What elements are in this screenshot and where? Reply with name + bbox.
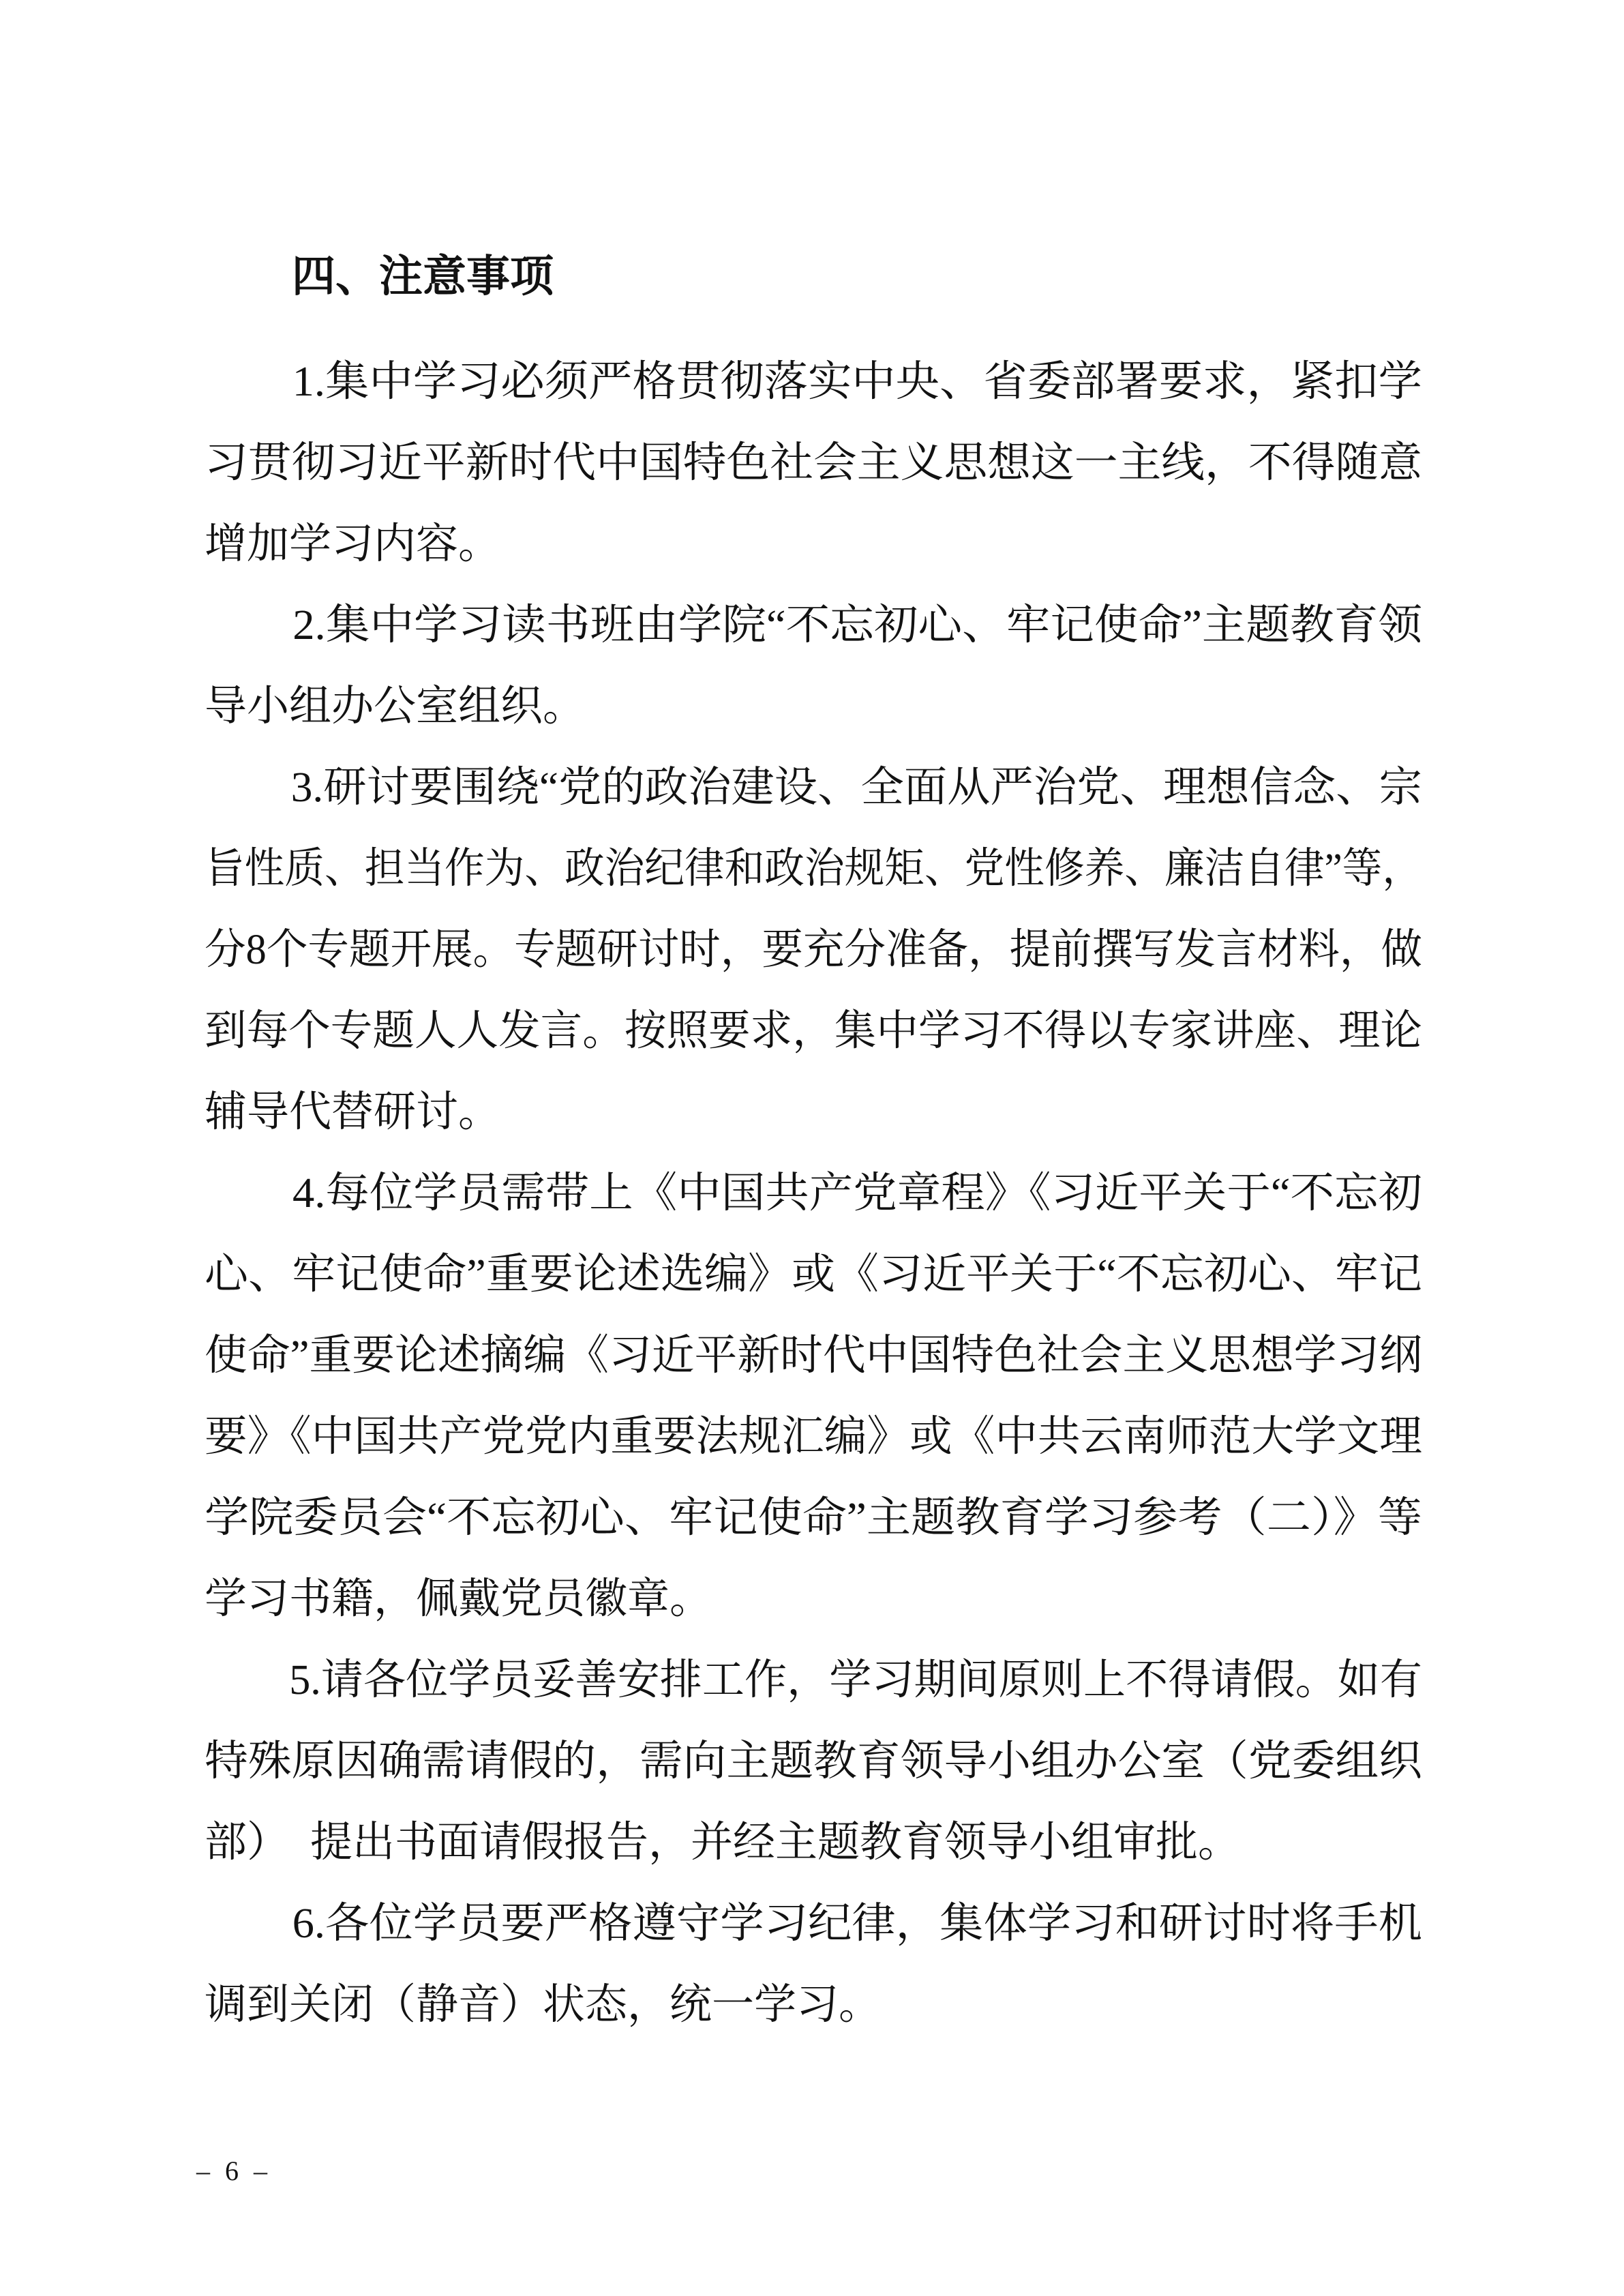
line-text: 分8个专题开展。专题研讨时，要充分准备，提前撰写发言材料，做 [205,910,1422,991]
body-line: 辅导代替研讨。 [205,1072,1422,1153]
line-text: 增加学习内容。 [205,504,500,585]
body-line: 3.研讨要围绕“党的政治建设、全面从严治党、理想信念、宗 [205,747,1422,829]
line-text: 习贯彻习近平新时代中国特色社会主义思想这一主线，不得随意 [205,423,1422,504]
body-line: 要》《中国共产党党内重要法规汇编》或《中共云南师范大学文理 [205,1397,1422,1478]
line-text: 调到关闭（静音）状态，统一学习。 [205,1965,881,2046]
paragraph: 6.各位学员要严格遵守学习纪律，集体学习和研讨时将手机调到关闭（静音）状态，统一… [205,1883,1422,2046]
paragraph: 1.集中学习必须严格贯彻落实中央、省委部署要求，紧扣学习贯彻习近平新时代中国特色… [205,342,1422,585]
body-line: 分8个专题开展。专题研讨时，要充分准备，提前撰写发言材料，做 [205,910,1422,991]
paragraph: 3.研讨要围绕“党的政治建设、全面从严治党、理想信念、宗旨性质、担当作为、政治纪… [205,747,1422,1153]
paragraph: 2.集中学习读书班由学院“不忘初心、牢记使命”主题教育领导小组办公室组织。 [205,585,1422,747]
line-text: 心、牢记使命”重要论述选编》或《习近平关于“不忘初心、牢记 [205,1234,1422,1315]
body-line: 习贯彻习近平新时代中国特色社会主义思想这一主线，不得随意 [205,423,1422,504]
body-line: 学习书籍，佩戴党员徽章。 [205,1559,1422,1640]
body-line: 心、牢记使命”重要论述选编》或《习近平关于“不忘初心、牢记 [205,1234,1422,1315]
line-text: 4.每位学员需带上《中国共产党章程》《习近平关于“不忘初 [205,1153,1422,1234]
section-heading: 四、注意事项 [205,236,1422,317]
line-text: 导小组办公室组织。 [205,666,585,747]
line-text: 辅导代替研讨。 [205,1072,500,1153]
line-text: 部） 提出书面请假报告，并经主题教育领导小组审批。 [205,1802,1240,1883]
line-text: 使命”重要论述摘编《习近平新时代中国特色社会主义思想学习纲 [205,1315,1422,1397]
line-text: 1.集中学习必须严格贯彻落实中央、省委部署要求，紧扣学 [205,342,1422,423]
document-page: 四、注意事项 1.集中学习必须严格贯彻落实中央、省委部署要求，紧扣学习贯彻习近平… [0,0,1624,2296]
line-text: 到每个专题人人发言。按照要求，集中学习不得以专家讲座、理论 [205,991,1422,1072]
body-line: 5.请各位学员妥善安排工作，学习期间原则上不得请假。如有 [205,1640,1422,1721]
line-text: 要》《中国共产党党内重要法规汇编》或《中共云南师范大学文理 [205,1397,1422,1478]
line-text: 3.研讨要围绕“党的政治建设、全面从严治党、理想信念、宗 [205,747,1422,829]
document-body: 1.集中学习必须严格贯彻落实中央、省委部署要求，紧扣学习贯彻习近平新时代中国特色… [205,342,1422,2046]
body-line: 到每个专题人人发言。按照要求，集中学习不得以专家讲座、理论 [205,991,1422,1072]
body-line: 1.集中学习必须严格贯彻落实中央、省委部署要求，紧扣学 [205,342,1422,423]
line-text: 特殊原因确需请假的，需向主题教育领导小组办公室（党委组织 [205,1721,1422,1802]
line-text: 学院委员会“不忘初心、牢记使命”主题教育学习参考（二）》等 [205,1478,1422,1559]
body-line: 4.每位学员需带上《中国共产党章程》《习近平关于“不忘初 [205,1153,1422,1234]
body-line: 使命”重要论述摘编《习近平新时代中国特色社会主义思想学习纲 [205,1315,1422,1397]
body-line: 增加学习内容。 [205,504,1422,585]
body-line: 导小组办公室组织。 [205,666,1422,747]
body-line: 2.集中学习读书班由学院“不忘初心、牢记使命”主题教育领 [205,585,1422,666]
line-text: 学习书籍，佩戴党员徽章。 [205,1559,712,1640]
line-text: 2.集中学习读书班由学院“不忘初心、牢记使命”主题教育领 [205,585,1422,666]
body-line: 6.各位学员要严格遵守学习纪律，集体学习和研讨时将手机 [205,1883,1422,1965]
body-line: 学院委员会“不忘初心、牢记使命”主题教育学习参考（二）》等 [205,1478,1422,1559]
body-line: 调到关闭（静音）状态，统一学习。 [205,1965,1422,2046]
body-line: 部） 提出书面请假报告，并经主题教育领导小组审批。 [205,1802,1422,1883]
paragraph: 4.每位学员需带上《中国共产党章程》《习近平关于“不忘初心、牢记使命”重要论述选… [205,1153,1422,1640]
body-line: 特殊原因确需请假的，需向主题教育领导小组办公室（党委组织 [205,1721,1422,1802]
body-line: 旨性质、担当作为、政治纪律和政治规矩、党性修养、廉洁自律”等， [205,829,1422,910]
paragraph: 5.请各位学员妥善安排工作，学习期间原则上不得请假。如有特殊原因确需请假的，需向… [205,1640,1422,1883]
line-text: 5.请各位学员妥善安排工作，学习期间原则上不得请假。如有 [205,1640,1422,1721]
line-text: 旨性质、担当作为、政治纪律和政治规矩、党性修养、廉洁自律”等， [205,829,1422,910]
page-number: – 6 – [196,2156,271,2186]
line-text: 6.各位学员要严格遵守学习纪律，集体学习和研讨时将手机 [205,1883,1422,1965]
